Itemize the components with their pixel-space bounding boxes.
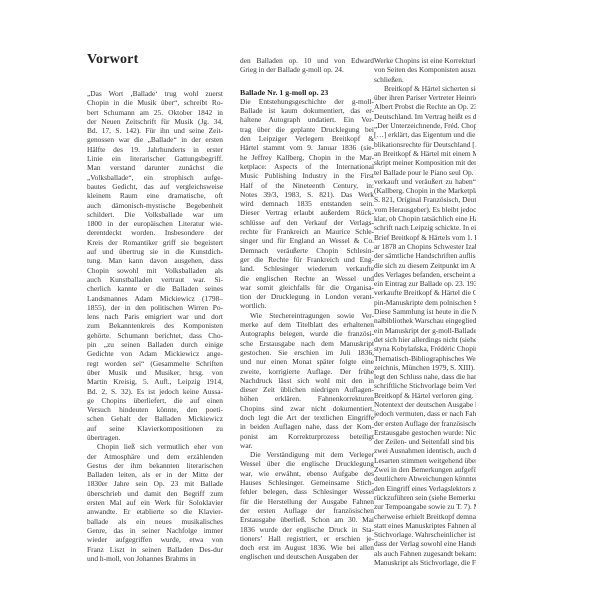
text-line: Manuskript als Stichvorlage, die Fahnen [374, 558, 476, 567]
paragraph: Wie Stechereintragungen sowie Ver-merke … [240, 311, 374, 450]
text-line: 1836 wurde der englische Druck in Sta- [240, 525, 374, 534]
text-line: „Das Wort ‚Ballade‘ trug wohl zuerst [87, 89, 223, 98]
text-line: Diese Sammlung ist heute in die Natio- [374, 307, 476, 316]
text-line: auch dämonisch-mystische Begebenheit [87, 201, 223, 210]
text-line: war, wie erwähnt, ebenso Aufgabe des [240, 469, 374, 478]
text-line: schlüsse auf den Verkauf der Verlags- [240, 218, 374, 227]
text-line: klar, ob Chopin tatsächlich eine Hand- [374, 214, 476, 223]
text-line: die englischen Rechte an Wessel und [240, 274, 374, 283]
text-line: Hälfte des 19. Jahrhunderts in erster [87, 145, 223, 154]
text-line: vom Herausgeber). Es bleibt jedoch un- [374, 205, 476, 214]
text-line: rechte für Frankreich an Maurice Schle- [240, 227, 374, 236]
text-line: Notes 39/3, 1983, S. 821). Das Werk [240, 190, 374, 199]
text-line: singer und für England an Wessel & Co. [240, 236, 374, 245]
text-line: zum Bekanntenkreis des Komponisten [87, 321, 223, 330]
text-line: als auch Fahnen zugesandt bekam: das [374, 549, 476, 558]
text-line: Notentext der deutschen Ausgabe lässt [374, 400, 476, 409]
paragraph: Werke Chopins ist eine Korrekturlesungvo… [374, 56, 476, 84]
text-line: ein Eintrag zur Ballade op. 23. 1936 [374, 279, 476, 288]
text-line: (Kallberg, Chopin in the Marketplace, [374, 186, 476, 195]
text-line: cherweise erhielt Breitkopf demnach [374, 512, 476, 521]
text-line: Linie ein literarischer Gattungsbegriff. [87, 154, 223, 163]
text-line: Versuch hindeuten könnte, den poeti- [87, 405, 223, 414]
text-line: Gestus der ihm bekannten literarischen [87, 461, 223, 470]
paragraph: Breitkopf & Härtel sicherten sichüber ih… [374, 84, 476, 567]
text-line: Deutschland. Im Vertrag heißt es darin: [374, 112, 476, 121]
text-line: Nachdruck lässt sich wohl mit den in [240, 376, 374, 385]
text-line: den Eingriff eines Verlagslektors zu- [374, 484, 476, 493]
text-line: des Verlages befanden, erscheint auch [374, 270, 476, 279]
text-line: merke auf dem Titelblatt des erhaltenen [240, 320, 374, 329]
text-line: verkauft und veräußert zu haben“ [374, 177, 476, 186]
text-line: zeichnis, München 1979, S. XIII). Dies [374, 363, 476, 372]
text-line: ersten Mal auf ein Werk für Soloklavier [87, 498, 223, 507]
text-line: Breitkopf & Härtel sicherten sich [374, 84, 476, 93]
text-line: Dieser Vertrag erlaubt außerdem Rück- [240, 208, 374, 217]
text-line: Bd. 17, S. 142). Für ihn und seine Zeit- [87, 126, 223, 135]
text-column-left: „Das Wort ‚Ballade‘ trug wohl zuerstChop… [87, 89, 223, 563]
text-line: auf seine Klavierkompositionen zu [87, 424, 223, 433]
text-line: legt den Schluss nahe, dass die hand- [374, 372, 476, 381]
text-line: über Musik und Musiker, hrsg. von [87, 368, 223, 377]
text-line: über ihren Pariser Vertreter Heinrich [374, 93, 476, 102]
text-line: Zwei in den Bemerkungen aufgeführte, [374, 465, 476, 474]
text-line: ketplace: Aspects of the International [240, 162, 374, 171]
text-line: auf und übertrug sie in die Kunstdich- [87, 247, 223, 256]
page-title: Vorwort [87, 52, 138, 68]
text-line: zur Tempoangabe sowie zu T. 7). Mögli- [374, 502, 476, 511]
text-line: rückzuführen sein (siehe Bemerkungen [374, 493, 476, 502]
text-line: ar 1878 an Chopins Schwester Izabela, [374, 242, 476, 251]
text-line: Thematisch-Bibliographisches Werkver- [374, 354, 476, 363]
text-line: die sich zu diesem Zeitpunkt im Archiv [374, 261, 476, 270]
text-line: 1855), der in den politischen Wirren Po- [87, 303, 223, 312]
text-line: tel Ballade pour le Piano seul Op. 23 [374, 168, 476, 177]
text-line: ponist am Korrekturprozess beteiligt [240, 432, 374, 441]
text-line: den Balladen op. 10 und von Edward [240, 56, 374, 65]
text-line: haltene Autograph undatiert. Ein Ver- [240, 115, 374, 124]
text-line: wortlich. [240, 301, 374, 310]
text-line: gehörte. Schumann berichtet, dass Cho- [87, 331, 223, 340]
text-line: doch legt die Art der textlichen Eingrif… [240, 413, 374, 422]
text-line: jedoch vermuten, dass er nach Fahnen [374, 409, 476, 418]
text-line: zwei Ausnahmen identisch, auch die [374, 446, 476, 455]
text-line: wird demnach 1835 entstanden sein. [240, 199, 374, 208]
text-line: ge Chopins überliefert, die auf einen [87, 396, 223, 405]
text-column-right: Werke Chopins ist eine Korrekturlesungvo… [374, 56, 476, 567]
text-line: und nur einen Monat später folgte eine [240, 357, 374, 366]
text-line: der ersten Auflage der französischen [240, 506, 374, 515]
text-line: tung. Man kann davon ausgehen, dass [87, 256, 223, 265]
text-line: he Jeffrey Kallberg, Chopin in the Mar- [240, 153, 374, 162]
text-line: Brief Breitkopf & Härtels vom 1. Febru- [374, 233, 476, 242]
text-line: Chopin in die Musik über“, schreibt Ro- [87, 98, 223, 107]
text-line: tion der Drucklegung in London verant- [240, 292, 374, 301]
text-line: kleinem Raum eine dramatische, oft [87, 191, 223, 200]
text-line: der ersten Auflage der französischen [374, 419, 476, 428]
text-line: styna Kobylańska, Frédéric Chopin. [374, 344, 476, 353]
middle-body: Die Entstehungsgeschichte der g-moll-Bal… [240, 97, 374, 562]
text-line: Albert Probst die Rechte an Op. 23 für [374, 102, 476, 111]
text-line: überschrieb und damit den Begriff zum [87, 489, 223, 498]
text-line: „Der Unterzeichnende, Fréd. Chopin, [374, 121, 476, 130]
text-line: schrift nach Leipzig schickte. In einem [374, 223, 476, 232]
text-line: der Atmosphäre und dem erzählenden [87, 452, 223, 461]
text-line: blikationsrechte für Deutschland […] [374, 140, 476, 149]
text-line: in beiden Auflagen nahe, dass der Kom- [240, 422, 374, 431]
text-line: war somit gleichfalls für die Organisa- [240, 283, 374, 292]
text-line: ger die Rechte für Frankreich und Eng- [240, 255, 374, 264]
text-line: Gedichte von Adam Mickiewicz ange- [87, 349, 223, 358]
text-line: statt eines Manuskriptes Fahnen als [374, 521, 476, 530]
text-line: Die Entstehungsgeschichte der g-moll- [240, 97, 374, 106]
text-line: Genre, das in seiner Nachfolge immer [87, 526, 223, 535]
text-line: wieder aufgegriffen wurde, etwa von [87, 535, 223, 544]
text-line: skript meiner Komposition mit dem Ti- [374, 158, 476, 167]
text-line: Kreis der Romantiker griff sie begeister… [87, 238, 223, 247]
text-line: dass der Verlag sowohl eine Handschrift [374, 539, 476, 548]
text-line: auch Kunstballaden vertraut war. Si- [87, 275, 223, 284]
text-line: Erstausgabe gestochen wurde: Nicht nur [374, 428, 476, 437]
text-line: fehler belegen, dass Schlesinger Wessel [240, 487, 374, 496]
text-line: bautes Gedicht, das auf vergleichsweise [87, 182, 223, 191]
text-line: 1830er Jahre sein Op. 23 mit Ballade [87, 479, 223, 488]
text-line: Franz Liszt in seinen Balladen Des-dur [87, 545, 223, 554]
middle-intro: den Balladen op. 10 und von EdwardGrieg … [240, 56, 374, 75]
text-line: Music Publishing Industry in the First [240, 171, 374, 180]
text-line: Erstausgabe überließ. Schon am 30. Mai [240, 515, 374, 524]
text-line: anwandte. Er etablierte so die Klavier- [87, 507, 223, 516]
text-line: „Volksballade“, ein strophisch aufge- [87, 173, 223, 182]
paragraph: „Das Wort ‚Ballade‘ trug wohl zuerstChop… [87, 89, 223, 442]
text-line: Chopin sowohl mit Volksballaden als [87, 266, 223, 275]
text-line: Chopin ließ sich vermutlich eher von [87, 442, 223, 451]
paragraph: Die Entstehungsgeschichte der g-moll-Bal… [240, 97, 374, 311]
text-line: Werke Chopins ist eine Korrekturlesung [374, 56, 476, 65]
text-line: deutlichere Abweichungen könnten auf [374, 474, 476, 483]
text-line: höhen erklären. Fahnenkorrekturen [240, 394, 374, 403]
text-line: sche Erstausgabe nach dem Manuskript [240, 339, 374, 348]
text-line: gestochen. Sie erschien im Juli 1836, [240, 348, 374, 357]
text-line: Lesarten stimmen weitgehend überein. [374, 456, 476, 465]
text-line: Demnach veräußerte Chopin Schlesin- [240, 246, 374, 255]
text-line: war. [240, 441, 374, 450]
text-line: […] erklärt, das Eigentum und die Pu- [374, 130, 476, 139]
text-line: Härtel stammt vom 9. Januar 1836 (sie- [240, 143, 374, 152]
text-line: Wessel über die englische Drucklegung [240, 459, 374, 468]
text-line: Autographs belegen, wurde die französi- [240, 329, 374, 338]
text-line: und h-moll, von Johannes Brahms in [87, 554, 223, 563]
text-line: Ballade ist kaum dokumentiert, das er- [240, 106, 374, 115]
text-line: regt worden sei“ (Gesammelte Schriften [87, 359, 223, 368]
text-line: zweite, korrigierte Auflage. Der frühe [240, 367, 374, 376]
text-line: Stichvorlage. Wahrscheinlicher ist aber, [374, 530, 476, 539]
text-line: dieser Zeit üblichen niedrigen Auflagen- [240, 385, 374, 394]
text-line: englischen und deutschen Ausgaben der [240, 552, 374, 561]
text-line: übertragen. [87, 433, 223, 442]
text-line: der Neuen Zeitschrift für Musik (Jg. 34, [87, 117, 223, 126]
text-line: ein Manuskript der g-moll-Ballade fin- [374, 326, 476, 335]
text-line: Grieg in der Ballade g-moll op. 24. [240, 65, 374, 74]
text-line: S. 821, Original Französisch, Deutsch [374, 195, 476, 204]
text-line: genossen war die „Ballade“ in der ersten [87, 135, 223, 144]
text-line: lens nach Paris emigriert war und dort [87, 312, 223, 321]
text-line: tioners’ Hall registriert, er erschien j… [240, 534, 374, 543]
paragraph: Chopin ließ sich vermutlich eher vonder … [87, 442, 223, 563]
text-line: Balladen leiten, als er in der Mitte der [87, 470, 223, 479]
text-line: für die Herstellung der Ausgabe Fahnen [240, 497, 374, 506]
text-line: Die Verständigung mit dem Verleger [240, 450, 374, 459]
text-line: bert Schumann am 25. Oktober 1842 in [87, 108, 223, 117]
text-column-middle: den Balladen op. 10 und von EdwardGrieg … [240, 56, 374, 562]
text-line: 1800 in der europäischen Literatur wie- [87, 219, 223, 228]
paragraph: Die Verständigung mit dem VerlegerWessel… [240, 450, 374, 562]
text-line: Half of the Nineteenth Century, in: [240, 181, 374, 190]
text-line: det sich hier allerdings nicht (siehe Kr… [374, 335, 476, 344]
text-line: Breitkopf & Härtel verloren ging. Der [374, 391, 476, 400]
text-line: nalbibliothek Warschau eingegliedert – [374, 316, 476, 325]
text-line: schließen. [374, 75, 476, 84]
text-line: Bd. 2, S. 32). Es ist jedoch keine Aussa… [87, 387, 223, 396]
text-line: schildert. Die Volksballade war um [87, 210, 223, 219]
section-heading: Ballade Nr. 1 g-moll op. 23 [240, 88, 374, 97]
text-line: Hauses Schlesinger. Gemeinsame Stich- [240, 478, 374, 487]
text-line: doch erst im August 1836. Wie bei allen [240, 543, 374, 552]
text-line: cherlich kannte er die Balladen seines [87, 284, 223, 293]
text-line: pin „zu seinen Balladen durch einige [87, 340, 223, 349]
text-line: verkaufte Breitkopf & Härtel die Cho- [374, 288, 476, 297]
text-line: Chopins sind zwar nicht dokumentiert, [240, 404, 374, 413]
text-line: Wie Stechereintragungen sowie Ver- [240, 311, 374, 320]
text-line: Landsmannes Adam Mickiewicz (1798– [87, 294, 223, 303]
text-line: trag über die geplante Drucklegung bei [240, 125, 374, 134]
text-line: Man verstand darunter zunächst die [87, 163, 223, 172]
text-line: der sämtliche Handschriften auflistet, [374, 251, 476, 260]
text-line: der Zeilen- und Seitenfall sind bis auf [374, 437, 476, 446]
text-line: den Leipziger Verlegern Breitkopf & [240, 134, 374, 143]
text-line: an Breitkopf & Härtel mit einem Manu- [374, 149, 476, 158]
text-line: schriftliche Stichvorlage beim Verlag [374, 381, 476, 390]
text-line: Martin Kreisig, 5. Aufl., Leipzig 1914, [87, 377, 223, 386]
text-line: derentdeckt worden. Insbesondere der [87, 228, 223, 237]
text-line: pin-Manuskripte dem polnischen Staat. [374, 298, 476, 307]
text-line: ballade als ein neues musikalisches [87, 517, 223, 526]
text-line: schen Gehalt der Balladen Mickiewicz [87, 414, 223, 423]
text-line: land. Schlesinger wiederum verkaufte [240, 264, 374, 273]
text-line: von Seiten des Komponisten auszu- [374, 65, 476, 74]
